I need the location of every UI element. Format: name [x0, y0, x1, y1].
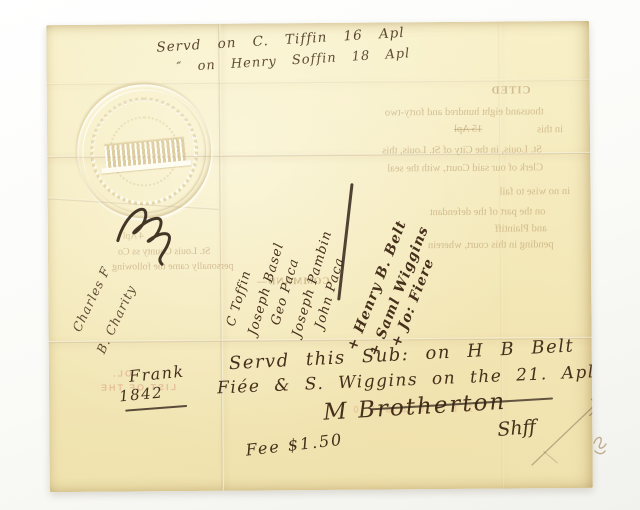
show-through-line: in no wise to fail: [499, 187, 570, 198]
show-through-line: CITED: [491, 85, 531, 96]
show-through-line: thousand eight hundred and forty-two: [385, 107, 544, 119]
show-through-line: 15 Apl: [454, 125, 482, 136]
show-through-line: on the part of the defendant: [430, 207, 546, 218]
docket-name: Frank: [128, 364, 185, 385]
docket-year: 1842: [118, 385, 163, 404]
ink-paraph-flourish: [104, 194, 197, 275]
ink-stroke: [337, 183, 353, 301]
docket-underline: [125, 405, 187, 411]
scan-backdrop: CITED thousand eight hundred and forty-t…: [0, 0, 640, 510]
pencil-marks: [513, 395, 593, 476]
backdrop-pencil-squiggle: [591, 433, 609, 459]
show-through-line: pending in this court, wherein: [428, 240, 554, 251]
show-through-line: in this: [537, 125, 563, 136]
fold-crease-vertical: [218, 24, 224, 491]
show-through-line: Clerk of our said Court, with the seal: [387, 163, 543, 175]
paper: CITED thousand eight hundred and forty-t…: [46, 21, 593, 492]
show-through-line: and Plaintiff: [495, 224, 547, 235]
show-through-line: St. Louis, in the City of St. Louis, thi…: [382, 145, 542, 157]
fee-note: Fee $1.50: [245, 432, 344, 459]
sheriff-signature: M Brotherton: [323, 391, 507, 425]
